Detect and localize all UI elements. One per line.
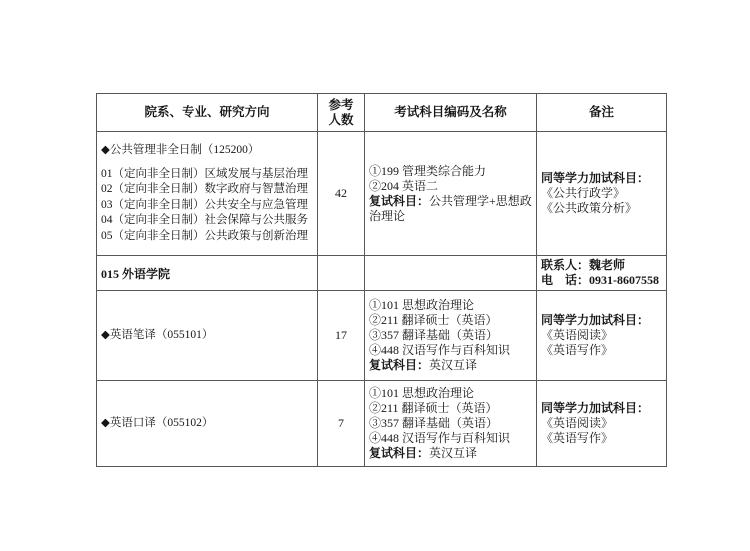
remark-line: 电 话：0931-8607558 — [541, 273, 662, 288]
column-header-3: 考试科目编码及名称 — [365, 94, 537, 132]
subject-text: ③357 翻译基础（英语） — [369, 416, 498, 430]
subject-line: ④448 汉语写作与百科知识 — [369, 431, 532, 446]
subject-line: ②211 翻译硕士（英语） — [369, 313, 532, 328]
remark-line: 《英语写作》 — [541, 431, 662, 446]
column-header-2: 参考人数 — [318, 94, 365, 132]
subject-text: ②204 英语二 — [369, 179, 438, 193]
header-row: 院系、专业、研究方向参考人数考试科目编码及名称备注 — [97, 94, 667, 132]
document-page: { "page": { "background": "#ffffff", "bo… — [0, 0, 750, 551]
header-line: 备注 — [539, 105, 664, 120]
program-heading: ◆公共管理非全日制（125200） — [101, 143, 313, 158]
count-cell: 42 — [318, 132, 365, 256]
table-body: ◆公共管理非全日制（125200）01（定向非全日制）区域发展与基层治理02（定… — [97, 132, 667, 467]
program-cell: 015 外语学院 — [97, 256, 318, 291]
remark-line: 《英语阅读》 — [541, 416, 662, 431]
subject-line: ③357 翻译基础（英语） — [369, 416, 532, 431]
subject-text: 英汉互译 — [429, 358, 477, 372]
subject-text: ②211 翻译硕士（英语） — [369, 313, 498, 327]
subject-text: ①101 思想政治理论 — [369, 386, 474, 400]
section-title: 015 外语学院 — [101, 265, 313, 282]
header-line: 考试科目编码及名称 — [367, 105, 534, 120]
program-item: 05（定向非全日制）公共政策与创新治理 — [101, 229, 313, 245]
table-row: ◆英语笔译（055101）17①101 思想政治理论②211 翻译硕士（英语）③… — [97, 291, 667, 381]
program-heading: ◆英语口译（055102） — [101, 416, 313, 431]
program-item: 03（定向非全日制）公共安全与应急管理 — [101, 198, 313, 214]
remark-line: 《英语写作》 — [541, 343, 662, 358]
count-value: 42 — [322, 186, 360, 201]
subject-line: ②211 翻译硕士（英语） — [369, 401, 532, 416]
program-heading: ◆英语笔译（055101） — [101, 328, 313, 343]
subject-text: ④448 汉语写作与百科知识 — [369, 343, 510, 357]
remark-line: 《公共行政学》 — [541, 186, 662, 201]
remarks-cell: 同等学力加试科目：《公共行政学》《公共政策分析》 — [537, 132, 667, 256]
subject-bold-prefix: 复试科目： — [369, 194, 429, 208]
subject-line: 复试科目：英汉互译 — [369, 358, 532, 373]
remarks-cell: 联系人：魏老师电 话：0931-8607558 — [537, 256, 667, 291]
remark-line: 同等学力加试科目： — [541, 171, 662, 186]
subject-line: 复试科目：公共管理学+思想政治理论 — [369, 194, 532, 224]
admissions-table: 院系、专业、研究方向参考人数考试科目编码及名称备注 ◆公共管理非全日制（1252… — [96, 93, 667, 467]
subjects-cell: ①101 思想政治理论②211 翻译硕士（英语）③357 翻译基础（英语）④44… — [365, 381, 537, 467]
table-row: ◆英语口译（055102）7①101 思想政治理论②211 翻译硕士（英语）③3… — [97, 381, 667, 467]
remarks-cell: 同等学力加试科目：《英语阅读》《英语写作》 — [537, 291, 667, 381]
subject-line: ①199 管理类综合能力 — [369, 164, 532, 179]
remark-line: 同等学力加试科目： — [541, 313, 662, 328]
subject-line: ②204 英语二 — [369, 179, 532, 194]
count-value: 7 — [322, 416, 360, 431]
subject-line: 复试科目：英汉互译 — [369, 446, 532, 461]
subject-text: ③357 翻译基础（英语） — [369, 328, 498, 342]
subject-bold-prefix: 复试科目： — [369, 358, 429, 372]
subject-line: ③357 翻译基础（英语） — [369, 328, 532, 343]
subject-text: ④448 汉语写作与百科知识 — [369, 431, 510, 445]
program-item: 01（定向非全日制）区域发展与基层治理 — [101, 167, 313, 183]
subjects-cell: ①199 管理类综合能力②204 英语二复试科目：公共管理学+思想政治理论 — [365, 132, 537, 256]
table-row: 015 外语学院联系人：魏老师电 话：0931-8607558 — [97, 256, 667, 291]
column-header-4: 备注 — [537, 94, 667, 132]
program-item: 04（定向非全日制）社会保障与公共服务 — [101, 213, 313, 229]
subject-line: ①101 思想政治理论 — [369, 386, 532, 401]
subject-text: ①199 管理类综合能力 — [369, 164, 486, 178]
program-cell: ◆英语笔译（055101） — [97, 291, 318, 381]
program-cell: ◆公共管理非全日制（125200）01（定向非全日制）区域发展与基层治理02（定… — [97, 132, 318, 256]
remarks-cell: 同等学力加试科目：《英语阅读》《英语写作》 — [537, 381, 667, 467]
count-cell — [318, 256, 365, 291]
header-line: 人数 — [320, 113, 362, 128]
subject-line: ①101 思想政治理论 — [369, 298, 532, 313]
table-header: 院系、专业、研究方向参考人数考试科目编码及名称备注 — [97, 94, 667, 132]
program-item: 02（定向非全日制）数字政府与智慧治理 — [101, 182, 313, 198]
remark-line: 同等学力加试科目： — [541, 401, 662, 416]
subject-text: ①101 思想政治理论 — [369, 298, 474, 312]
subjects-cell — [365, 256, 537, 291]
count-cell: 17 — [318, 291, 365, 381]
subject-line: ④448 汉语写作与百科知识 — [369, 343, 532, 358]
program-item-list: 01（定向非全日制）区域发展与基层治理02（定向非全日制）数字政府与智慧治理03… — [101, 167, 313, 245]
count-cell: 7 — [318, 381, 365, 467]
subject-text: ②211 翻译硕士（英语） — [369, 401, 498, 415]
header-line: 院系、专业、研究方向 — [99, 105, 315, 120]
remark-line: 《公共政策分析》 — [541, 201, 662, 216]
header-line: 参考 — [320, 98, 362, 113]
count-value: 17 — [322, 328, 360, 343]
subject-bold-prefix: 复试科目： — [369, 446, 429, 460]
subjects-cell: ①101 思想政治理论②211 翻译硕士（英语）③357 翻译基础（英语）④44… — [365, 291, 537, 381]
subject-text: 英汉互译 — [429, 446, 477, 460]
table-row: ◆公共管理非全日制（125200）01（定向非全日制）区域发展与基层治理02（定… — [97, 132, 667, 256]
remark-line: 联系人：魏老师 — [541, 258, 662, 273]
program-cell: ◆英语口译（055102） — [97, 381, 318, 467]
remark-line: 《英语阅读》 — [541, 328, 662, 343]
column-header-1: 院系、专业、研究方向 — [97, 94, 318, 132]
